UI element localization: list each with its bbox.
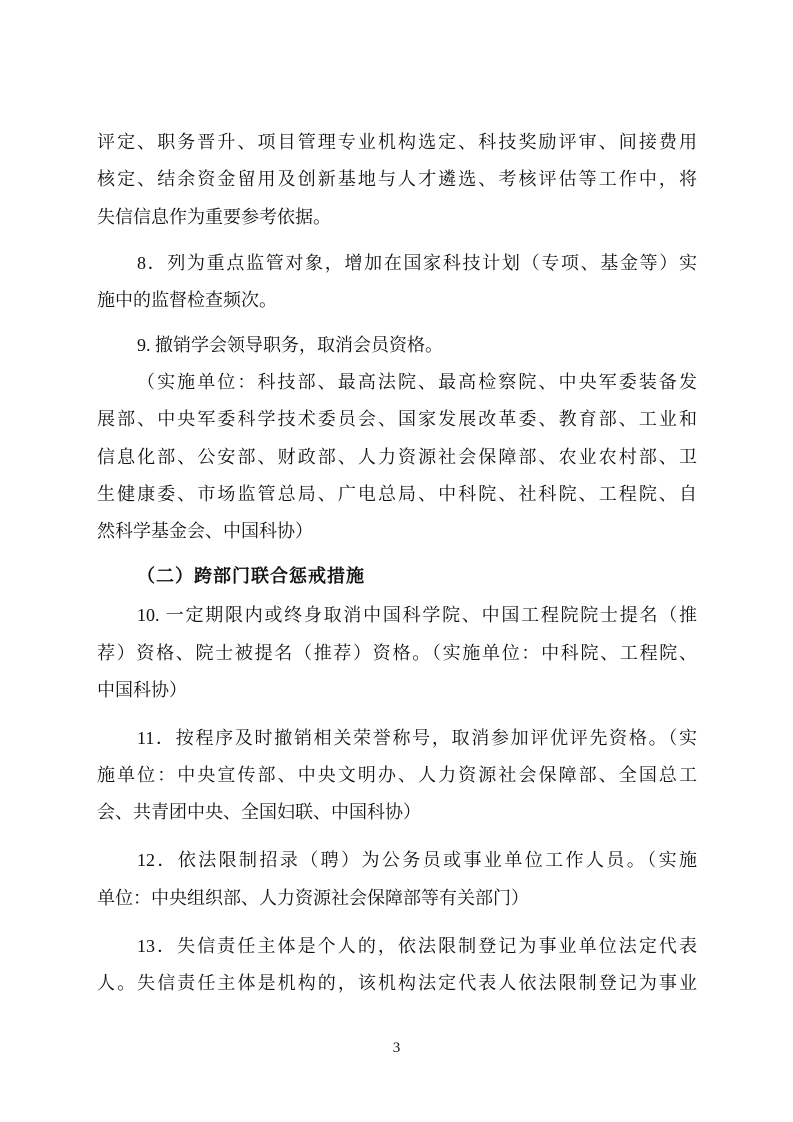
page-number: 3: [0, 1037, 793, 1059]
text-line: 然科学基金会、中国科协）: [97, 513, 697, 550]
section-heading: （二）跨部门联合惩戒措施: [97, 558, 697, 595]
text-line: （实施单位：科技部、最高法院、最高检察院、中央军委装备发: [97, 364, 697, 401]
paragraph-item-11: 11．按程序及时撤销相关荣誉称号，取消参加评优评先资格。（实 施单位：中央宣传部…: [97, 720, 697, 832]
text-line: 9. 撤销学会领导职务，取消会员资格。: [97, 327, 697, 364]
body-text: 评定、职务晋升、项目管理专业机构选定、科技奖励评审、间接费用 核定、结余资金留用…: [97, 124, 697, 1002]
text-line: 会、共青团中央、全国妇联、中国科协）: [97, 794, 697, 831]
text-line: 单位：中央组织部、人力资源社会保障部等有关部门）: [97, 880, 697, 917]
text-line: 评定、职务晋升、项目管理专业机构选定、科技奖励评审、间接费用: [97, 124, 697, 161]
paragraph-continuation: 评定、职务晋升、项目管理专业机构选定、科技奖励评审、间接费用 核定、结余资金留用…: [97, 124, 697, 236]
text-line: 生健康委、市场监管总局、广电总局、中科院、社科院、工程院、自: [97, 476, 697, 513]
paragraph-item-12: 12．依法限制招录（聘）为公务员或事业单位工作人员。（实施 单位：中央组织部、人…: [97, 842, 697, 917]
text-line: 施单位：中央宣传部、中央文明办、人力资源社会保障部、全国总工: [97, 757, 697, 794]
text-line: 13．失信责任主体是个人的，依法限制登记为事业单位法定代表: [97, 928, 697, 965]
text-line: 信息化部、公安部、财政部、人力资源社会保障部、农业农村部、卫: [97, 439, 697, 476]
text-line: 核定、结余资金留用及创新基地与人才遴选、考核评估等工作中，将: [97, 161, 697, 198]
text-line: 施中的监督检查频次。: [97, 282, 697, 319]
text-line: 失信信息作为重要参考依据。: [97, 199, 697, 236]
paragraph-item-13: 13．失信责任主体是个人的，依法限制登记为事业单位法定代表 人。失信责任主体是机…: [97, 928, 697, 1003]
paragraph-implementing-units: （实施单位：科技部、最高法院、最高检察院、中央军委装备发 展部、中央军委科学技术…: [97, 364, 697, 550]
paragraph-item-9: 9. 撤销学会领导职务，取消会员资格。: [97, 327, 697, 364]
text-line: 荐）资格、院士被提名（推荐）资格。（实施单位：中科院、工程院、: [97, 635, 697, 672]
paragraph-item-8: 8．列为重点监管对象，增加在国家科技计划（专项、基金等）实 施中的监督检查频次。: [97, 245, 697, 320]
section-heading-text: （二）跨部门联合惩戒措施: [97, 558, 697, 595]
text-line: 10. 一定期限内或终身取消中国科学院、中国工程院院士提名（推: [97, 597, 697, 634]
paragraph-item-10: 10. 一定期限内或终身取消中国科学院、中国工程院院士提名（推 荐）资格、院士被…: [97, 597, 697, 709]
text-line: 8．列为重点监管对象，增加在国家科技计划（专项、基金等）实: [97, 245, 697, 282]
text-line: 12．依法限制招录（聘）为公务员或事业单位工作人员。（实施: [97, 842, 697, 879]
text-line: 人。失信责任主体是机构的，该机构法定代表人依法限制登记为事业: [97, 965, 697, 1002]
text-line: 11．按程序及时撤销相关荣誉称号，取消参加评优评先资格。（实: [97, 720, 697, 757]
text-line: 中国科协）: [97, 672, 697, 709]
document-page: 评定、职务晋升、项目管理专业机构选定、科技奖励评审、间接费用 核定、结余资金留用…: [0, 0, 793, 1122]
text-line: 展部、中央军委科学技术委员会、国家发展改革委、教育部、工业和: [97, 401, 697, 438]
